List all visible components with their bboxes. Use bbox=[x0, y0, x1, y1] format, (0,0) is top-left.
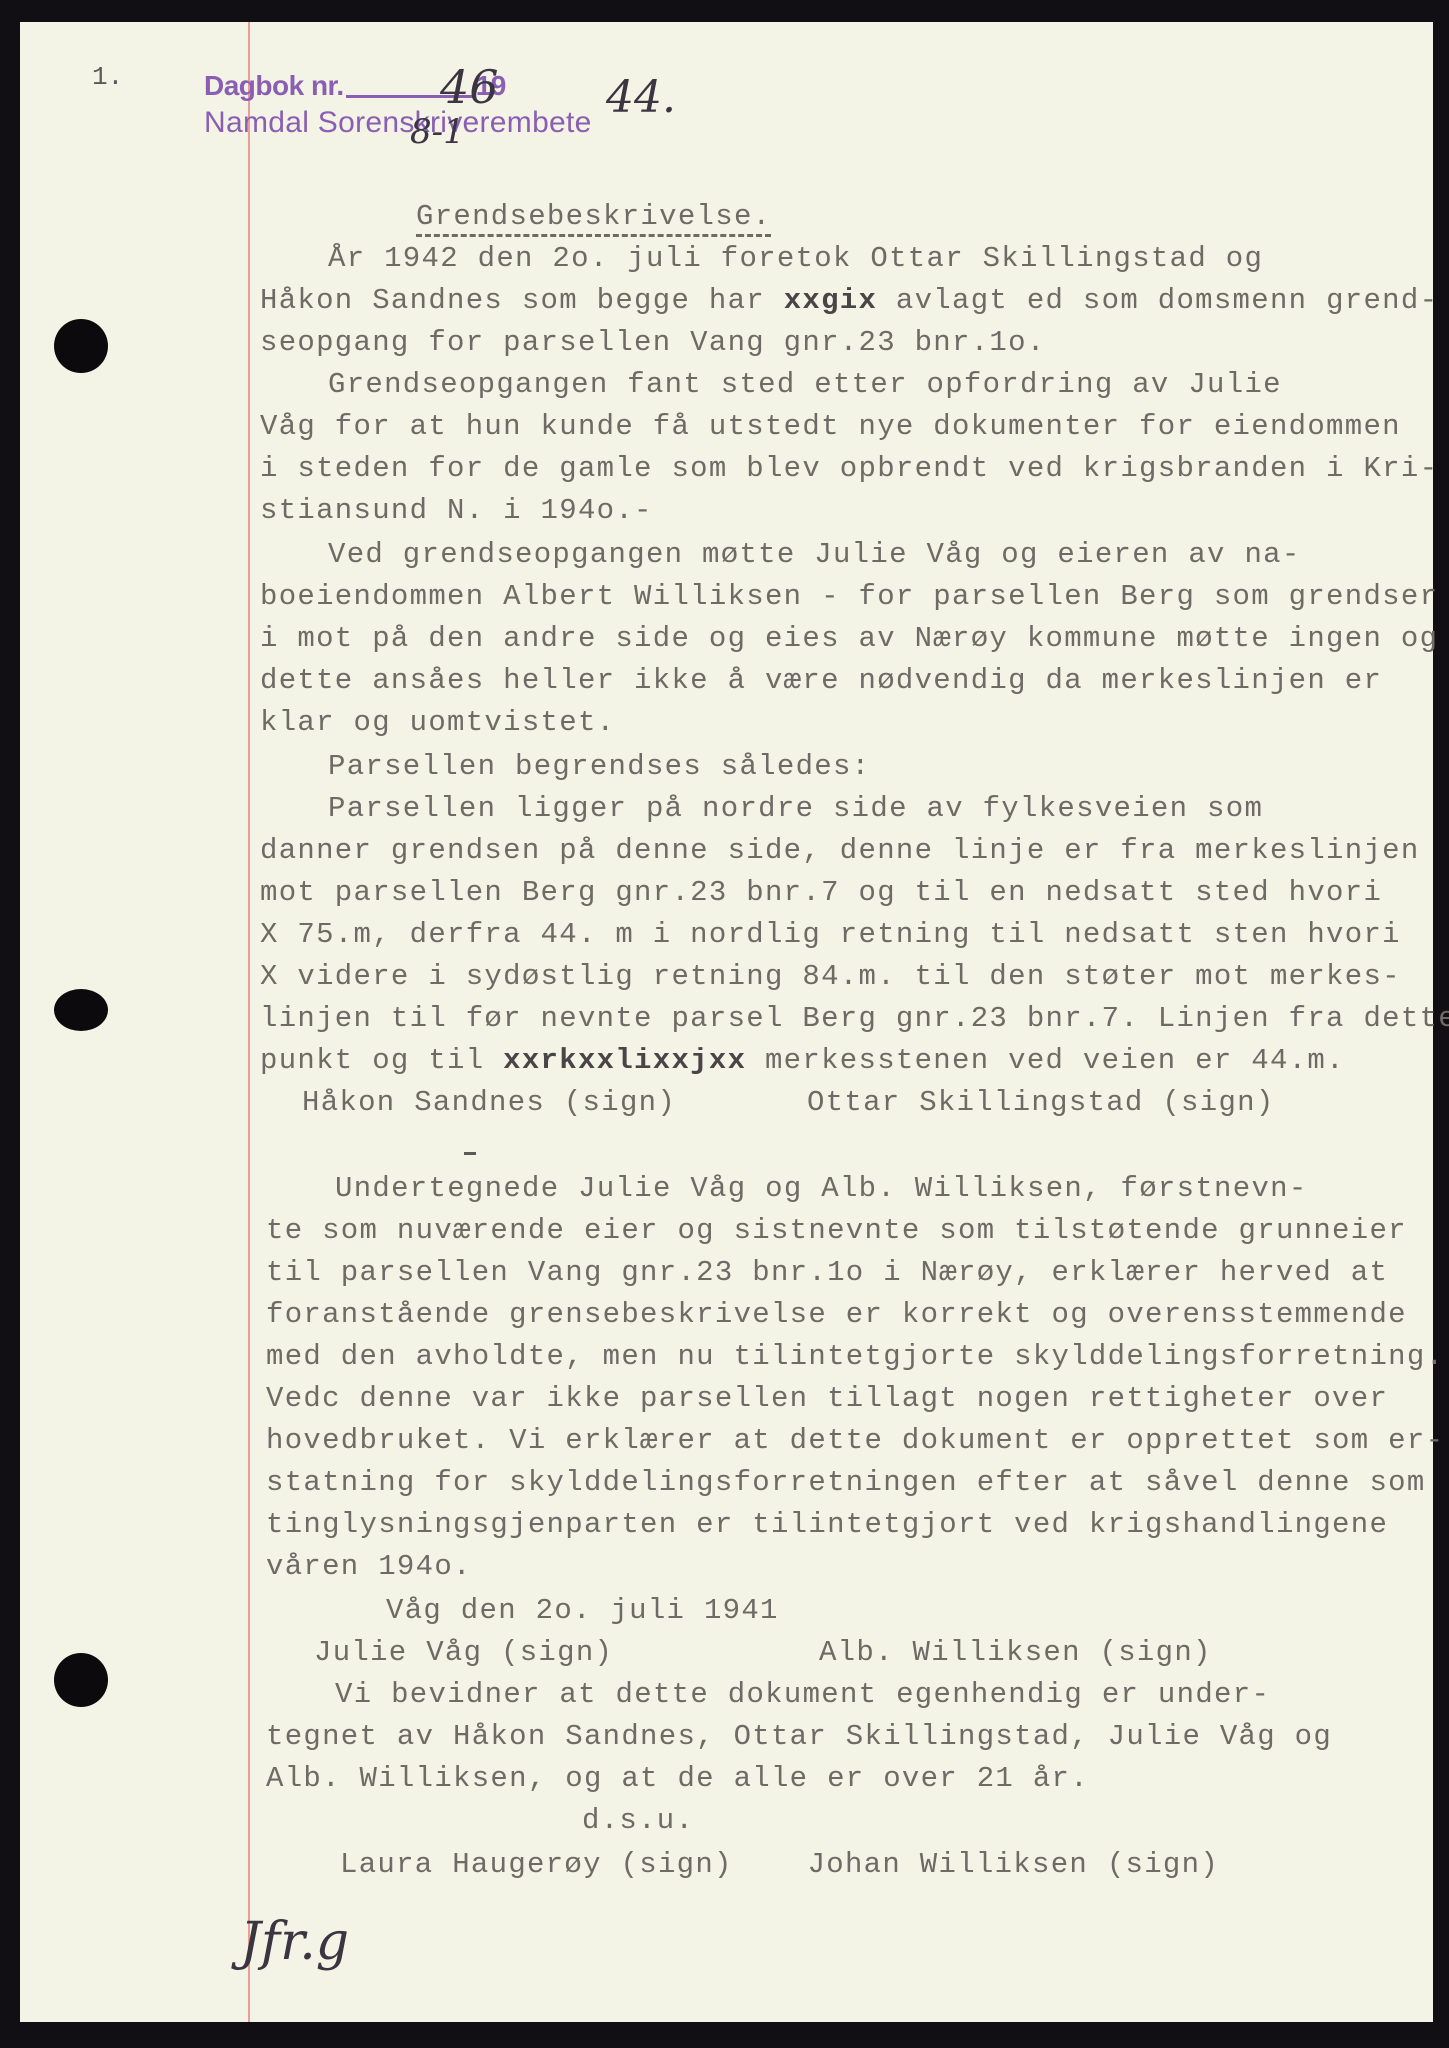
text-line: seopgang for parsellen Vang gnr.23 bnr.1… bbox=[260, 326, 1046, 359]
text-line: dette ansåes heller ikke å være nødvendi… bbox=[260, 664, 1382, 697]
struck-out-text: xxgix bbox=[784, 284, 878, 317]
text-line: Grendseopgangen fant sted etter opfordri… bbox=[328, 368, 1282, 401]
text-line: Ved grendseopgangen møtte Julie Våg og e… bbox=[328, 538, 1301, 571]
text-line: Vedc denne var ikke parsellen tillagt no… bbox=[266, 1382, 1388, 1415]
place-date-line: Våg den 2o. juli 1941 bbox=[386, 1594, 779, 1627]
text-line: Alb. Williksen, og at de alle er over 21… bbox=[266, 1762, 1089, 1795]
text-line: Undertegnede Julie Våg og Alb. Williksen… bbox=[335, 1172, 1308, 1205]
text-line: Vi bevidner at dette dokument egenhendig… bbox=[335, 1678, 1270, 1711]
text-line: Håkon Sandnes som begge har xxgix avlagt… bbox=[260, 284, 1438, 317]
text-line: punkt og til xxrkxxlixxjxx merkesstenen … bbox=[260, 1044, 1345, 1077]
text-line: foranstående grensebeskrivelse er korrek… bbox=[266, 1298, 1407, 1331]
text-line: tinglysningsgjenparten er tilintetgjort … bbox=[266, 1508, 1388, 1541]
text-line: hovedbruket. Vi erklærer at dette dokume… bbox=[266, 1424, 1444, 1457]
signature-line: Laura Haugerøy (sign) Johan Williksen (s… bbox=[340, 1848, 1219, 1881]
text-line: til parsellen Vang gnr.23 bnr.1o i Nærøy… bbox=[266, 1256, 1388, 1289]
text-line: tegnet av Håkon Sandnes, Ottar Skillings… bbox=[266, 1720, 1332, 1753]
signature-line: Julie Våg (sign) Alb. Williksen (sign) bbox=[314, 1636, 1212, 1669]
text-line: mot parsellen Berg gnr.23 bnr.7 og til e… bbox=[260, 876, 1382, 909]
text-line: År 1942 den 2o. juli foretok Ottar Skill… bbox=[328, 242, 1263, 275]
document-page: 1. Dagbok nr. 19 Namdal Sorenskriverembe… bbox=[20, 22, 1433, 2022]
text-line: Parsellen ligger på nordre side av fylke… bbox=[328, 792, 1263, 825]
separator-dash bbox=[464, 1152, 476, 1155]
text-line: boeiendommen Albert Williksen - for pars… bbox=[260, 580, 1438, 613]
text-line: statning for skylddelingsforretningen ef… bbox=[266, 1466, 1426, 1499]
document-title: Grendsebeskrivelse. bbox=[416, 200, 771, 233]
text-line: X videre i sydøstlig retning 84.m. til d… bbox=[260, 960, 1401, 993]
typed-text: Grendsebeskrivelse. År 1942 den 2o. juli… bbox=[20, 22, 1433, 2022]
text-line: d.s.u. bbox=[582, 1804, 694, 1837]
text-line: danner grendsen på denne side, denne lin… bbox=[260, 834, 1420, 867]
text-line: te som nuværende eier og sistnevnte som … bbox=[266, 1214, 1407, 1247]
text-line: våren 194o. bbox=[266, 1550, 472, 1583]
text-line: i steden for de gamle som blev opbrendt … bbox=[260, 452, 1438, 485]
text-line: Våg for at hun kunde få utstedt nye doku… bbox=[260, 410, 1401, 443]
text-line: stiansund N. i 194o.- bbox=[260, 494, 653, 527]
signature-line: Håkon Sandnes (sign) Ottar Skillingstad … bbox=[302, 1086, 1275, 1119]
text-line: Parsellen begrendses således: bbox=[328, 750, 870, 783]
struck-out-text: xxrkxxlixxjxx bbox=[503, 1044, 746, 1077]
text-line: klar og uomtvistet. bbox=[260, 706, 615, 739]
text-line: X 75.m, derfra 44. m i nordlig retning t… bbox=[260, 918, 1401, 951]
text-line: i mot på den andre side og eies av Nærøy… bbox=[260, 622, 1438, 655]
text-line: linjen til før nevnte parsel Berg gnr.23… bbox=[260, 1002, 1449, 1035]
text-line: med den avholdte, men nu tilintetgjorte … bbox=[266, 1340, 1444, 1373]
